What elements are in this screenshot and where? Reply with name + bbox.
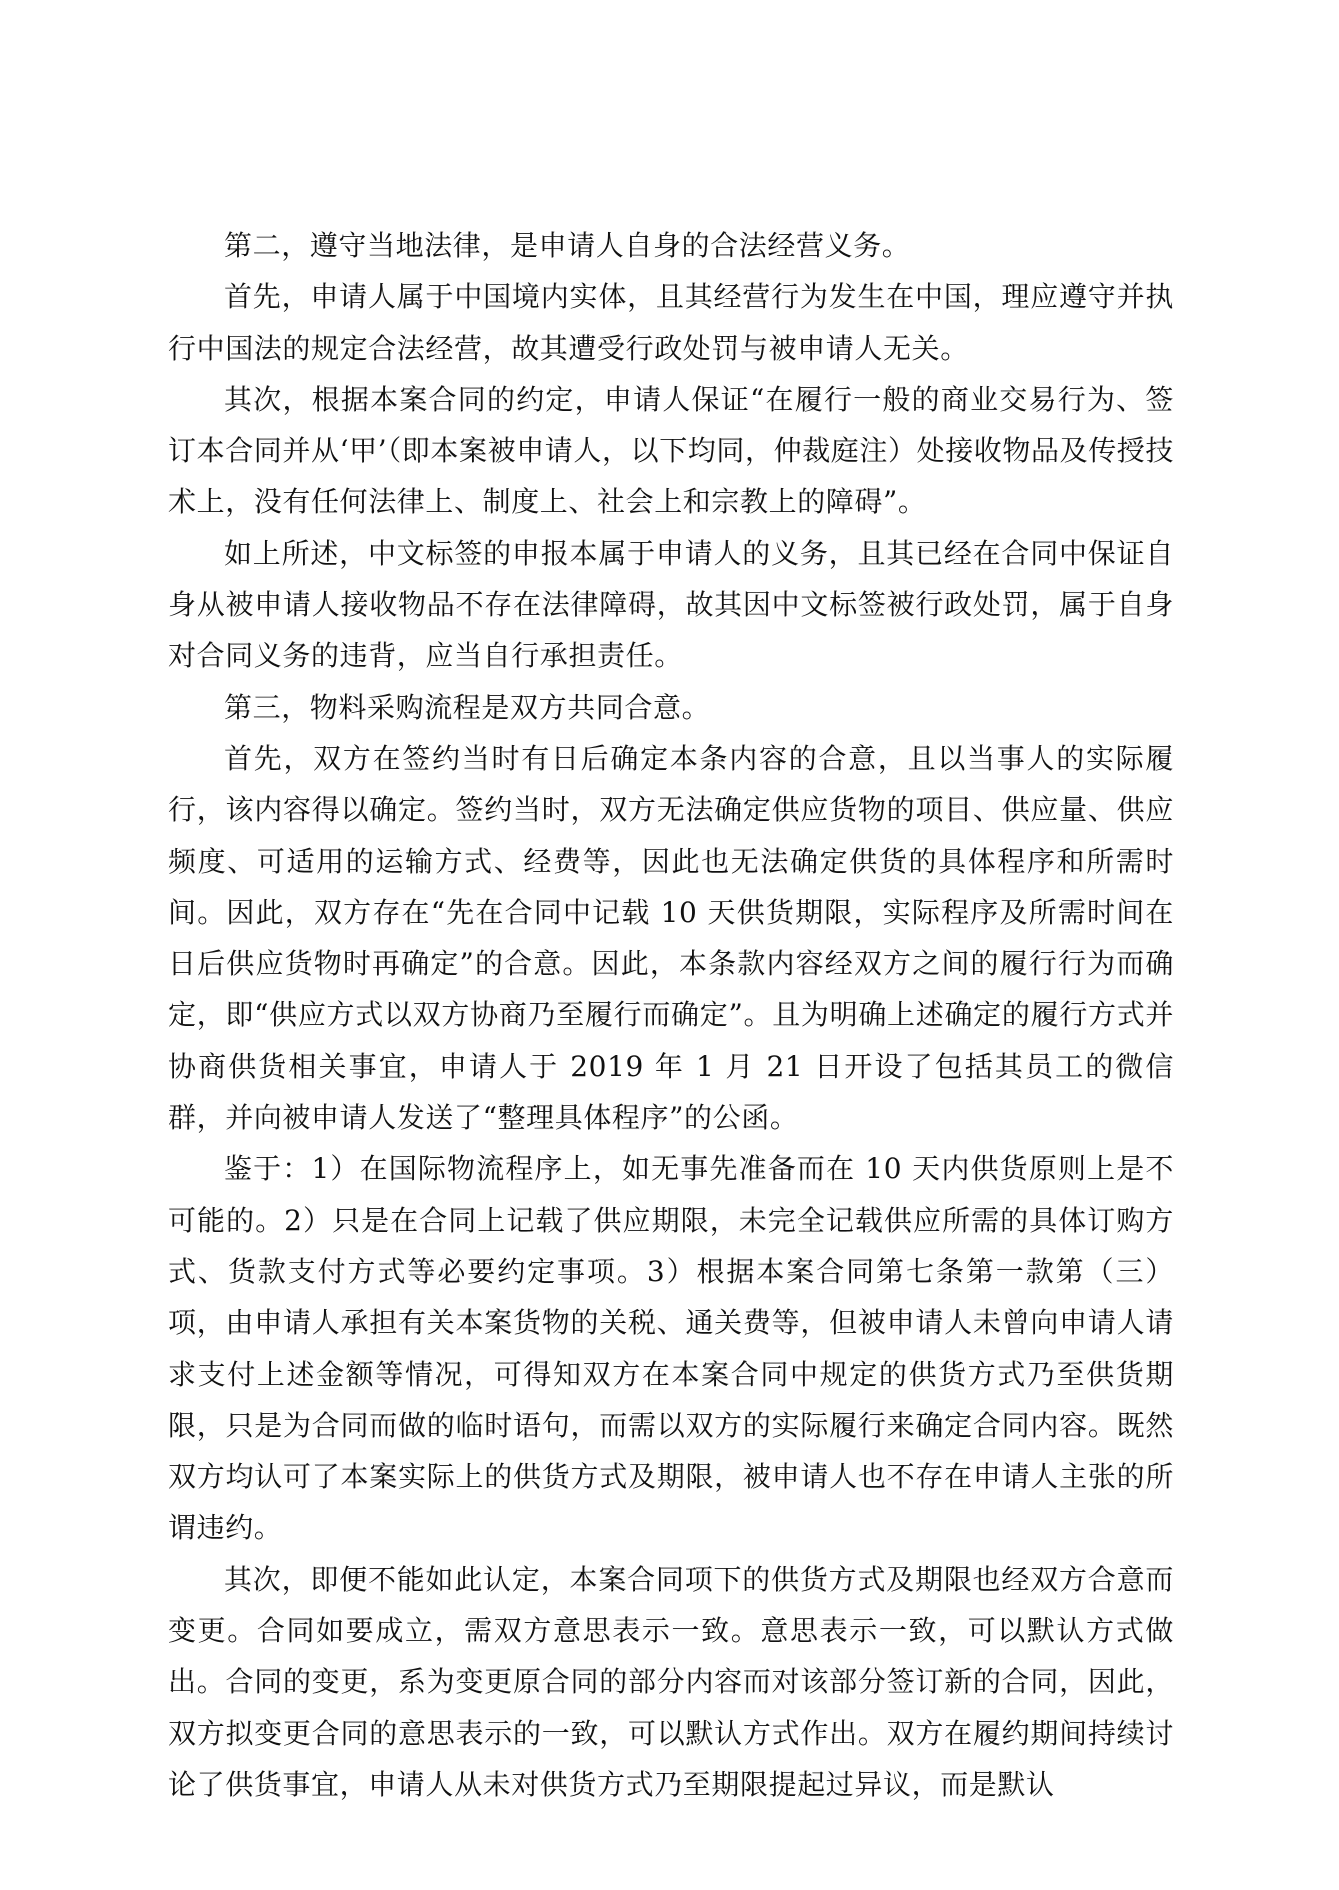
paragraph-first-domestic-entity: 首先，申请人属于中国境内实体，且其经营行为发生在中国，理应遵守并执行中国法的规定… bbox=[168, 271, 1174, 374]
paragraph-label-obligation: 如上所述，中文标签的申报本属于申请人的义务，且其已经在合同中保证自身从被申请人接… bbox=[168, 528, 1174, 682]
paragraph-second-point: 第二，遵守当地法律，是申请人自身的合法经营义务。 bbox=[168, 220, 1174, 271]
paragraph-mutual-agreement: 首先，双方在签约当时有日后确定本条内容的合意，且以当事人的实际履行，该内容得以确… bbox=[168, 733, 1174, 1143]
paragraph-contract-modification: 其次，即便不能如此认定，本案合同项下的供货方式及期限也经双方合意而变更。合同如要… bbox=[168, 1554, 1174, 1810]
paragraph-whereas: 鉴于：1）在国际物流程序上，如无事先准备而在 10 天内供货原则上是不可能的。2… bbox=[168, 1143, 1174, 1553]
document-page: 第二，遵守当地法律，是申请人自身的合法经营义务。 首先，申请人属于中国境内实体，… bbox=[168, 220, 1174, 1810]
paragraph-contract-guarantee: 其次，根据本案合同的约定，申请人保证“在履行一般的商业交易行为、签订本合同并从‘… bbox=[168, 374, 1174, 528]
paragraph-third-point: 第三，物料采购流程是双方共同合意。 bbox=[168, 682, 1174, 733]
